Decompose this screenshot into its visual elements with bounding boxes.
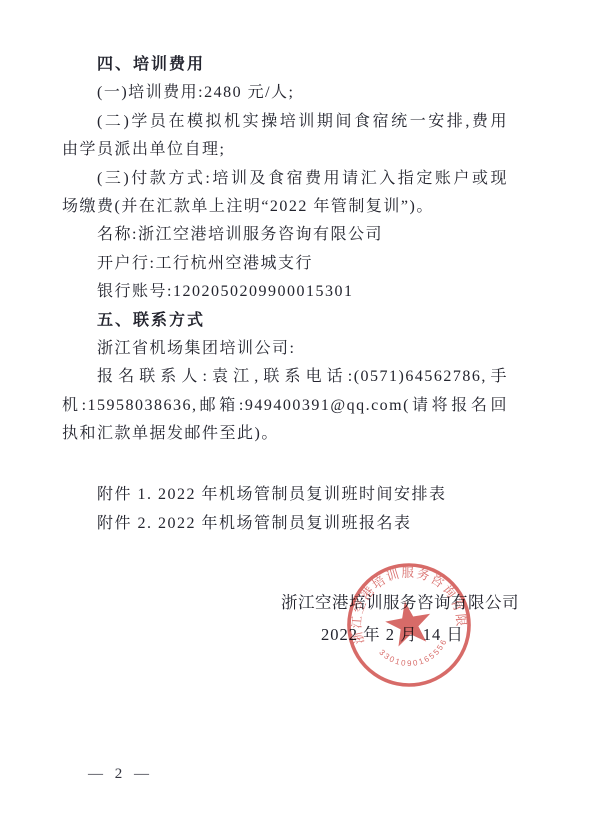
bank-branch-line: 开户行:工行杭州空港城支行 (62, 250, 508, 278)
section-5-heading: 五、联系方式 (62, 307, 508, 335)
document-content: 四、培训费用 (一)培训费用:2480 元/人; (二)学员在模拟机实操培训期间… (62, 51, 508, 538)
lodging-line-1: (二)学员在模拟机实操培训期间食宿统一安排,费用 (62, 108, 508, 136)
bank-account-number-line: 银行账号:1202050209900015301 (62, 278, 508, 306)
payment-method-line-1: (三)付款方式:培训及食宿费用请汇入指定账户或现 (62, 165, 508, 193)
contact-person-line-2: 机:15958038636,邮箱:949400391@qq.com(请将报名回 (62, 392, 508, 420)
document-page: 四、培训费用 (一)培训费用:2480 元/人; (二)学员在模拟机实操培训期间… (0, 0, 599, 828)
page-number: — 2 — (88, 766, 151, 783)
contact-person-line-3: 执和汇款单据发邮件至此)。 (62, 420, 508, 448)
official-seal: 浙江空港培训服务咨询有限公司 3301090165556 (345, 561, 473, 689)
payment-method-line-2: 场缴费(并在汇款单上注明“2022 年管制复训”)。 (62, 193, 508, 221)
contact-org-line: 浙江省机场集团培训公司: (62, 335, 508, 363)
attachment-2-line: 附件 2. 2022 年机场管制员复训班报名表 (62, 510, 508, 538)
fee-amount-line: (一)培训费用:2480 元/人; (62, 79, 508, 107)
attachment-1-line: 附件 1. 2022 年机场管制员复训班时间安排表 (62, 481, 508, 509)
account-name-line: 名称:浙江空港培训服务咨询有限公司 (62, 221, 508, 249)
seal-star-icon (382, 597, 434, 648)
seal-serial-text: 3301090165556 (376, 636, 452, 674)
contact-person-line-1: 报名联系人:袁江,联系电话:(0571)64562786,手 (62, 363, 508, 391)
lodging-line-2: 由学员派出单位自理; (62, 136, 508, 164)
svg-text:3301090165556: 3301090165556 (376, 636, 452, 674)
section-4-heading: 四、培训费用 (62, 51, 508, 79)
